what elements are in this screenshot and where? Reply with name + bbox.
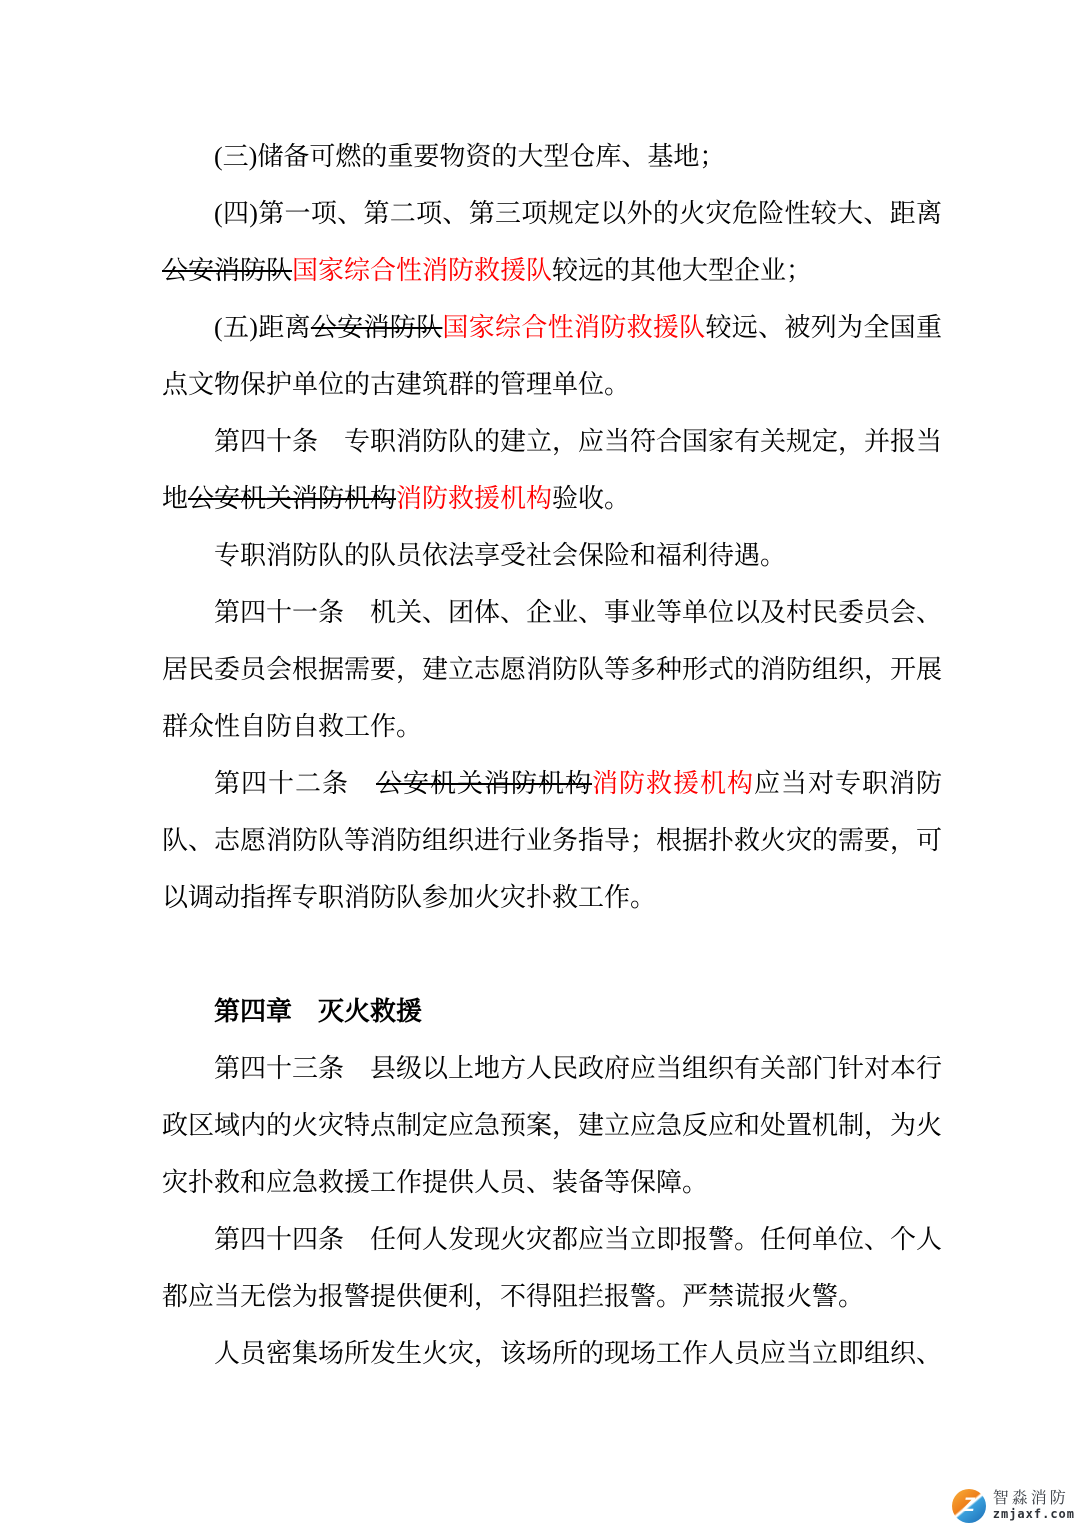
paragraph: 第四十一条 机关、团体、企业、事业等单位以及村民委员会、居民委员会根据需要，建立… [162,584,942,755]
inserted-text: 消防救援机构 [396,484,552,513]
paragraph: 第四十条 专职消防队的建立，应当符合国家有关规定，并报当地公安机关消防机构消防救… [162,413,942,527]
inserted-text: 国家综合性消防救援队 [442,313,705,342]
document-page: (三)储备可燃的重要物资的大型仓库、基地；(四)第一项、第二项、第三项规定以外的… [0,0,1080,1527]
chapter-heading: 第四章 灭火救援 [162,983,942,1040]
body-text: (四)第一项、第二项、第三项规定以外的火灾危险性较大、距离 [214,199,942,228]
paragraph: (三)储备可燃的重要物资的大型仓库、基地； [162,128,942,185]
body-text: (三)储备可燃的重要物资的大型仓库、基地； [214,142,725,171]
document-body: (三)储备可燃的重要物资的大型仓库、基地；(四)第一项、第二项、第三项规定以外的… [162,128,942,1382]
body-text: 验收。 [552,484,630,513]
body-text: 第四十三条 县级以上地方人民政府应当组织有关部门针对本行政区域内的火灾特点制定应… [162,1054,942,1197]
body-text: 第四十四条 任何人发现火灾都应当立即报警。任何单位、个人都应当无偿为报警提供便利… [162,1225,942,1311]
paragraph: 人员密集场所发生火灾，该场所的现场工作人员应当立即组织、 [162,1325,942,1382]
body-text: 第四十二条 [214,769,376,798]
body-text: 较远的其他大型企业； [552,256,812,285]
zhimiao-logo-icon: Z [952,1489,986,1523]
body-text: 第四十一条 机关、团体、企业、事业等单位以及村民委员会、居民委员会根据需要，建立… [162,598,942,741]
body-text: 专职消防队的队员依法享受社会保险和福利待遇。 [214,541,786,570]
brand-domain: zmjaxf.com [993,1508,1075,1522]
body-text: (五)距离 [214,313,311,342]
deleted-text: 公安消防队 [162,256,292,285]
deleted-text: 公安机关消防机构 [188,484,396,513]
inserted-text: 消防救援机构 [592,769,754,798]
paragraph: (四)第一项、第二项、第三项规定以外的火灾危险性较大、距离公安消防队国家综合性消… [162,185,942,299]
paragraph: 第四十三条 县级以上地方人民政府应当组织有关部门针对本行政区域内的火灾特点制定应… [162,1040,942,1211]
watermark-text: 智淼消防 zmjaxf.com [993,1490,1075,1522]
inserted-text: 国家综合性消防救援队 [292,256,552,285]
heading-text: 第四章 灭火救援 [214,997,422,1026]
deleted-text: 公安机关消防机构 [376,769,592,798]
paragraph: 第四十四条 任何人发现火灾都应当立即报警。任何单位、个人都应当无偿为报警提供便利… [162,1211,942,1325]
paragraph: (五)距离公安消防队国家综合性消防救援队较远、被列为全国重点文物保护单位的古建筑… [162,299,942,413]
deleted-text: 公安消防队 [311,313,443,342]
watermark: Z 智淼消防 zmjaxf.com [952,1489,1075,1523]
body-text: 人员密集场所发生火灾，该场所的现场工作人员应当立即组织、 [214,1339,942,1368]
paragraph: 第四十二条 公安机关消防机构消防救援机构应当对专职消防队、志愿消防队等消防组织进… [162,755,942,926]
brand-name: 智淼消防 [993,1490,1075,1508]
paragraph: 专职消防队的队员依法享受社会保险和福利待遇。 [162,527,942,584]
